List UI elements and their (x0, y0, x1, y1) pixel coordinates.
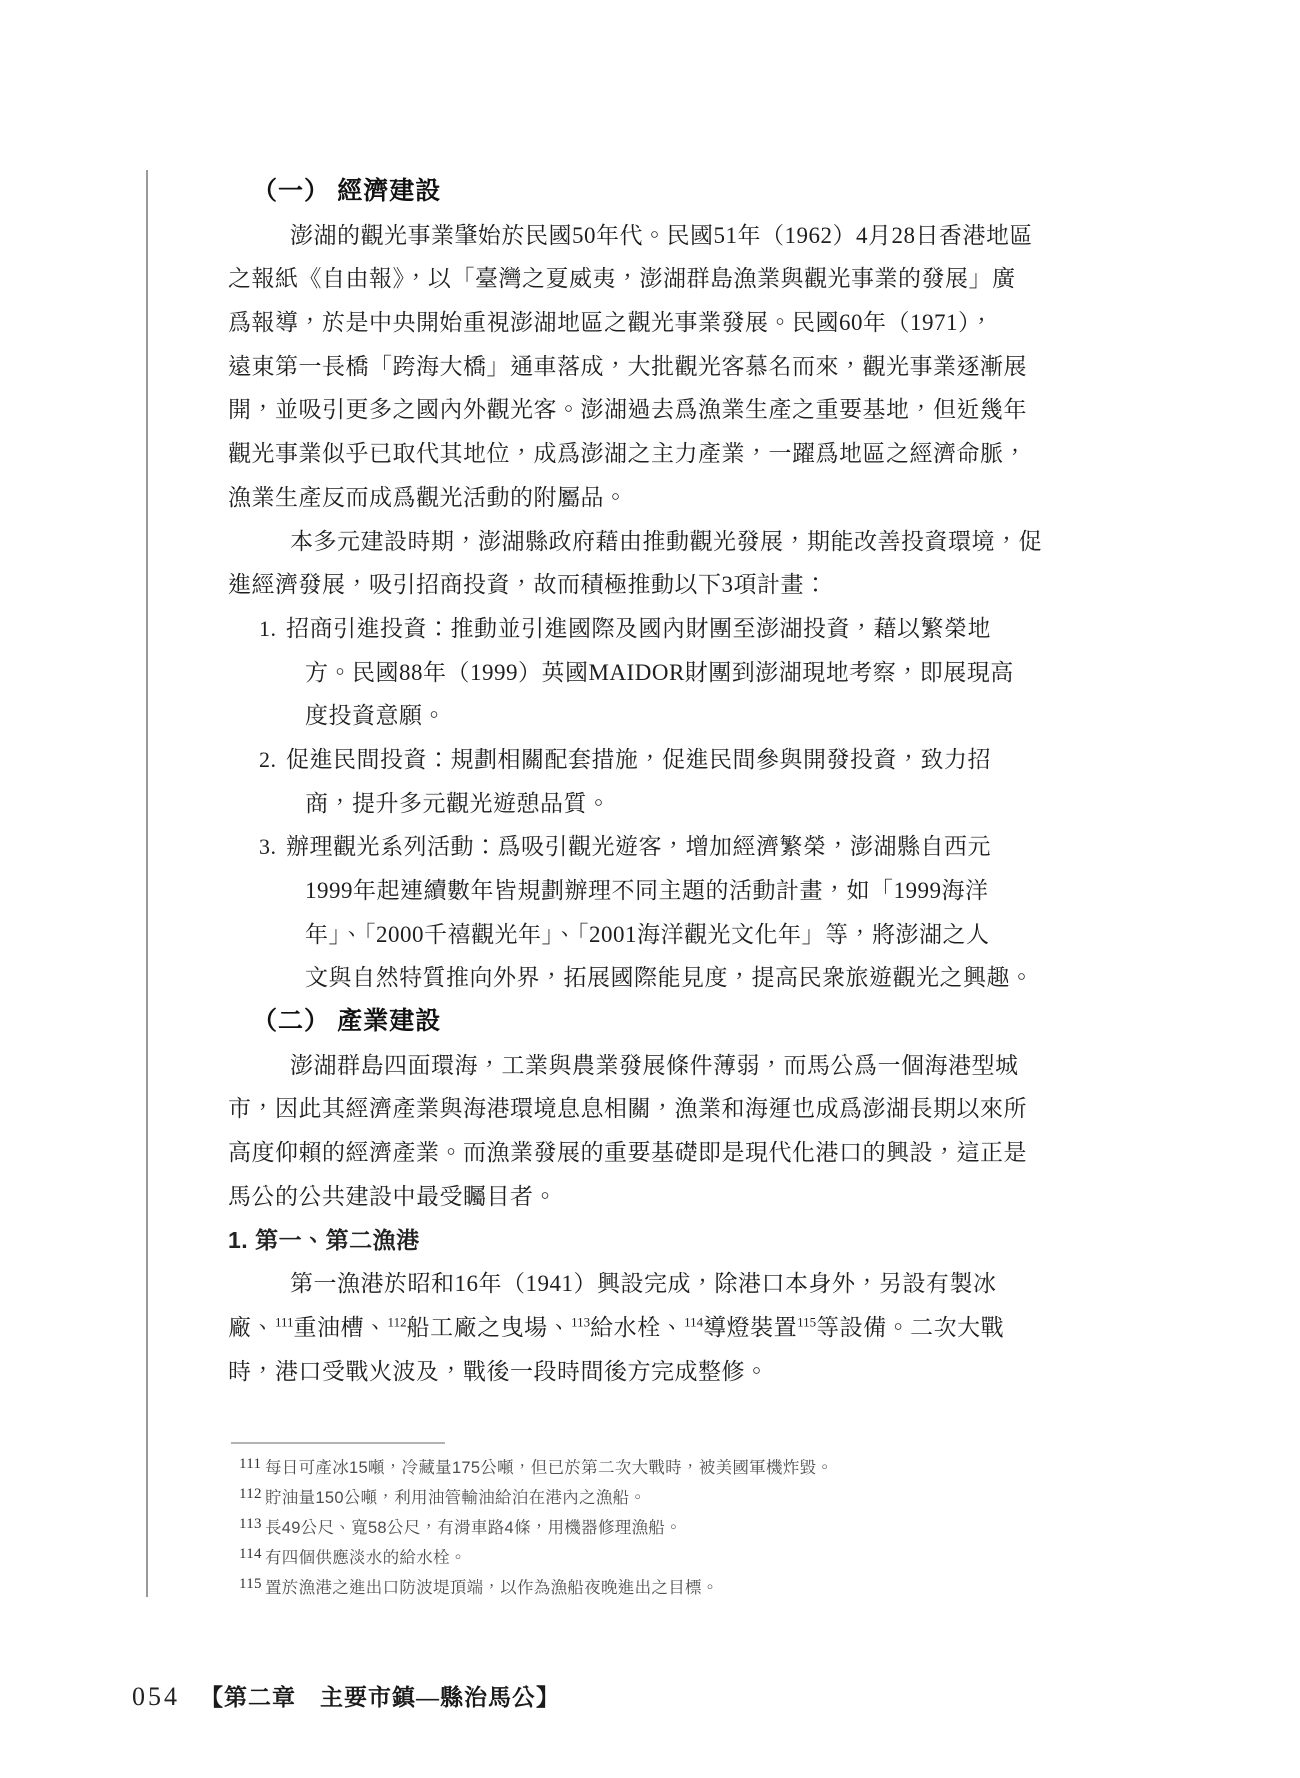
list-item-3-line: 文與自然特質推向外界，拓展國際能見度，提高民衆旅遊觀光之興趣。 (228, 956, 1028, 1000)
footnote-marker: 114 (684, 1314, 703, 1329)
list-item-number: 1. (259, 607, 277, 651)
paragraph-line: 時，港口受戰火波及，戰後一段時間後方完成整修。 (228, 1350, 1028, 1394)
paragraph-line: 馬公的公共建設中最受矚目者。 (228, 1175, 1028, 1219)
text-segment: 船工廠之曳場、 (407, 1315, 572, 1340)
footnote-text: 每日可產冰15噸，冷藏量175公噸，但已於第二次大戰時，被美國軍機炸毀。 (265, 1459, 833, 1477)
list-item-text: 辦理觀光系列活動：爲吸引觀光遊客，增加經濟繁榮，澎湖縣自西元 (286, 834, 991, 859)
list-item-2-line: 商，提升多元觀光遊憩品質。 (228, 782, 1028, 826)
paragraph-line: 進經濟發展，吸引招商投資，故而積極推動以下3項計畫： (228, 563, 1028, 607)
footnote-text: 有四個供應淡水的給水栓。 (265, 1549, 467, 1567)
footnote-number: 111 (239, 1449, 261, 1479)
list-item-text: 招商引進投資：推動並引進國際及國內財團至澎湖投資，藉以繁榮地 (286, 616, 991, 641)
text-segment: 廠、 (228, 1315, 275, 1340)
footnote: 114有四個供應淡水的給水栓。 (225, 1543, 1055, 1573)
paragraph-line-with-footnote-markers: 廠、111重油槽、112船工廠之曳場、113給水栓、114導燈裝置115等設備。… (228, 1306, 1028, 1350)
footnote: 115置於漁港之進出口防波堤頂端，以作為漁船夜晚進出之目標。 (225, 1573, 1055, 1603)
footnotes-block: 111每日可產冰15噸，冷藏量175公噸，但已於第二次大戰時，被美國軍機炸毀。 … (225, 1442, 1055, 1603)
paragraph-line: 澎湖的觀光事業肇始於民國50年代。民國51年（1962）4月28日香港地區 (228, 214, 1028, 258)
paragraph-line: 本多元建設時期，澎湖縣政府藉由推動觀光發展，期能改善投資環境，促 (228, 520, 1028, 564)
footnote-number: 114 (239, 1539, 262, 1569)
list-item-3-line: 年」、「2000千禧觀光年」、「2001海洋觀光文化年」等，將澎湖之人 (228, 913, 1028, 957)
footnote-number: 112 (239, 1479, 262, 1509)
footnote-marker: 113 (571, 1314, 590, 1329)
footnote-marker: 115 (797, 1314, 816, 1329)
list-item-number: 3. (259, 825, 277, 869)
list-item-1-line: 度投資意願。 (228, 694, 1028, 738)
list-item-2-line: 2.促進民間投資：規劃相關配套措施，促進民間參與開發投資，致力招 (228, 738, 1028, 782)
paragraph-line: 爲報導，於是中央開始重視澎湖地區之觀光事業發展。民國60年（1971）， (228, 301, 1028, 345)
paragraph-line: 第一漁港於昭和16年（1941）興設完成，除港口本身外，另設有製冰 (228, 1262, 1028, 1306)
paragraph-line: 遠東第一長橋「跨海大橋」通車落成，大批觀光客慕名而來，觀光事業逐漸展 (228, 345, 1028, 389)
paragraph-line: 開，並吸引更多之國內外觀光客。澎湖過去爲漁業生產之重要基地，但近幾年 (228, 388, 1028, 432)
subsection-heading-fishing-ports: 1. 第一、第二漁港 (228, 1219, 1028, 1263)
footnote-text: 貯油量150公噸，利用油管輸油給泊在港內之漁船。 (265, 1489, 646, 1507)
list-item-number: 2. (259, 738, 277, 782)
footnote-marker: 112 (388, 1314, 407, 1329)
paragraph-line: 漁業生產反而成爲觀光活動的附屬品。 (228, 476, 1028, 520)
text-segment: 導燈裝置 (703, 1315, 797, 1340)
paragraph-line: 高度仰賴的經濟產業。而漁業發展的重要基礎即是現代化港口的興設，這正是 (228, 1131, 1028, 1175)
paragraph-line: 澎湖群島四面環海，工業與農業發展條件薄弱，而馬公爲一個海港型城 (228, 1044, 1028, 1088)
paragraph-line: 市，因此其經濟產業與海港環境息息相關，漁業和海運也成爲澎湖長期以來所 (228, 1087, 1028, 1131)
footnote-text: 長49公尺、寬58公尺，有滑車路4條，用機器修理漁船。 (265, 1519, 682, 1537)
page-footer: 054【第二章 主要市鎮—縣治馬公】 (132, 1680, 560, 1714)
text-segment: 等設備。二次大戰 (816, 1315, 1004, 1340)
footnote: 113長49公尺、寬58公尺，有滑車路4條，用機器修理漁船。 (225, 1513, 1055, 1543)
page-body: （一） 經濟建設 澎湖的觀光事業肇始於民國50年代。民國51年（1962）4月2… (228, 170, 1028, 1393)
section-heading-economy: （一） 經濟建設 (228, 170, 1028, 214)
footnote-separator (231, 1442, 445, 1444)
page-number: 054 (132, 1682, 180, 1711)
text-segment: 給水栓、 (590, 1315, 684, 1340)
paragraph-line: 之報紙《自由報》，以「臺灣之夏威夷，澎湖群島漁業與觀光事業的發展」廣 (228, 257, 1028, 301)
list-item-text: 促進民間投資：規劃相關配套措施，促進民間參與開發投資，致力招 (286, 747, 991, 772)
footnote: 112貯油量150公噸，利用油管輸油給泊在港內之漁船。 (225, 1483, 1055, 1513)
book-page: （一） 經濟建設 澎湖的觀光事業肇始於民國50年代。民國51年（1962）4月2… (0, 0, 1300, 1778)
list-item-1-line: 方。民國88年（1999）英國MAIDOR財團到澎湖現地考察，即展現高 (228, 651, 1028, 695)
footnote-marker: 111 (275, 1314, 294, 1329)
chapter-title: 【第二章 主要市鎮—縣治馬公】 (200, 1685, 560, 1710)
paragraph-line: 觀光事業似乎已取代其地位，成爲澎湖之主力產業，一躍爲地區之經濟命脈， (228, 432, 1028, 476)
list-item-3-line: 1999年起連續數年皆規劃辦理不同主題的活動計畫，如「1999海洋 (228, 869, 1028, 913)
list-item-3-line: 3.辦理觀光系列活動：爲吸引觀光遊客，增加經濟繁榮，澎湖縣自西元 (228, 825, 1028, 869)
footnote-number: 113 (239, 1509, 262, 1539)
list-item-1-line: 1.招商引進投資：推動並引進國際及國內財團至澎湖投資，藉以繁榮地 (228, 607, 1028, 651)
footnote: 111每日可產冰15噸，冷藏量175公噸，但已於第二次大戰時，被美國軍機炸毀。 (225, 1453, 1055, 1483)
left-margin-rule (146, 170, 148, 1597)
section-heading-industry: （二） 產業建設 (228, 1000, 1028, 1044)
footnote-number: 115 (239, 1569, 262, 1599)
text-segment: 重油槽、 (294, 1315, 388, 1340)
footnote-text: 置於漁港之進出口防波堤頂端，以作為漁船夜晚進出之目標。 (265, 1579, 719, 1597)
